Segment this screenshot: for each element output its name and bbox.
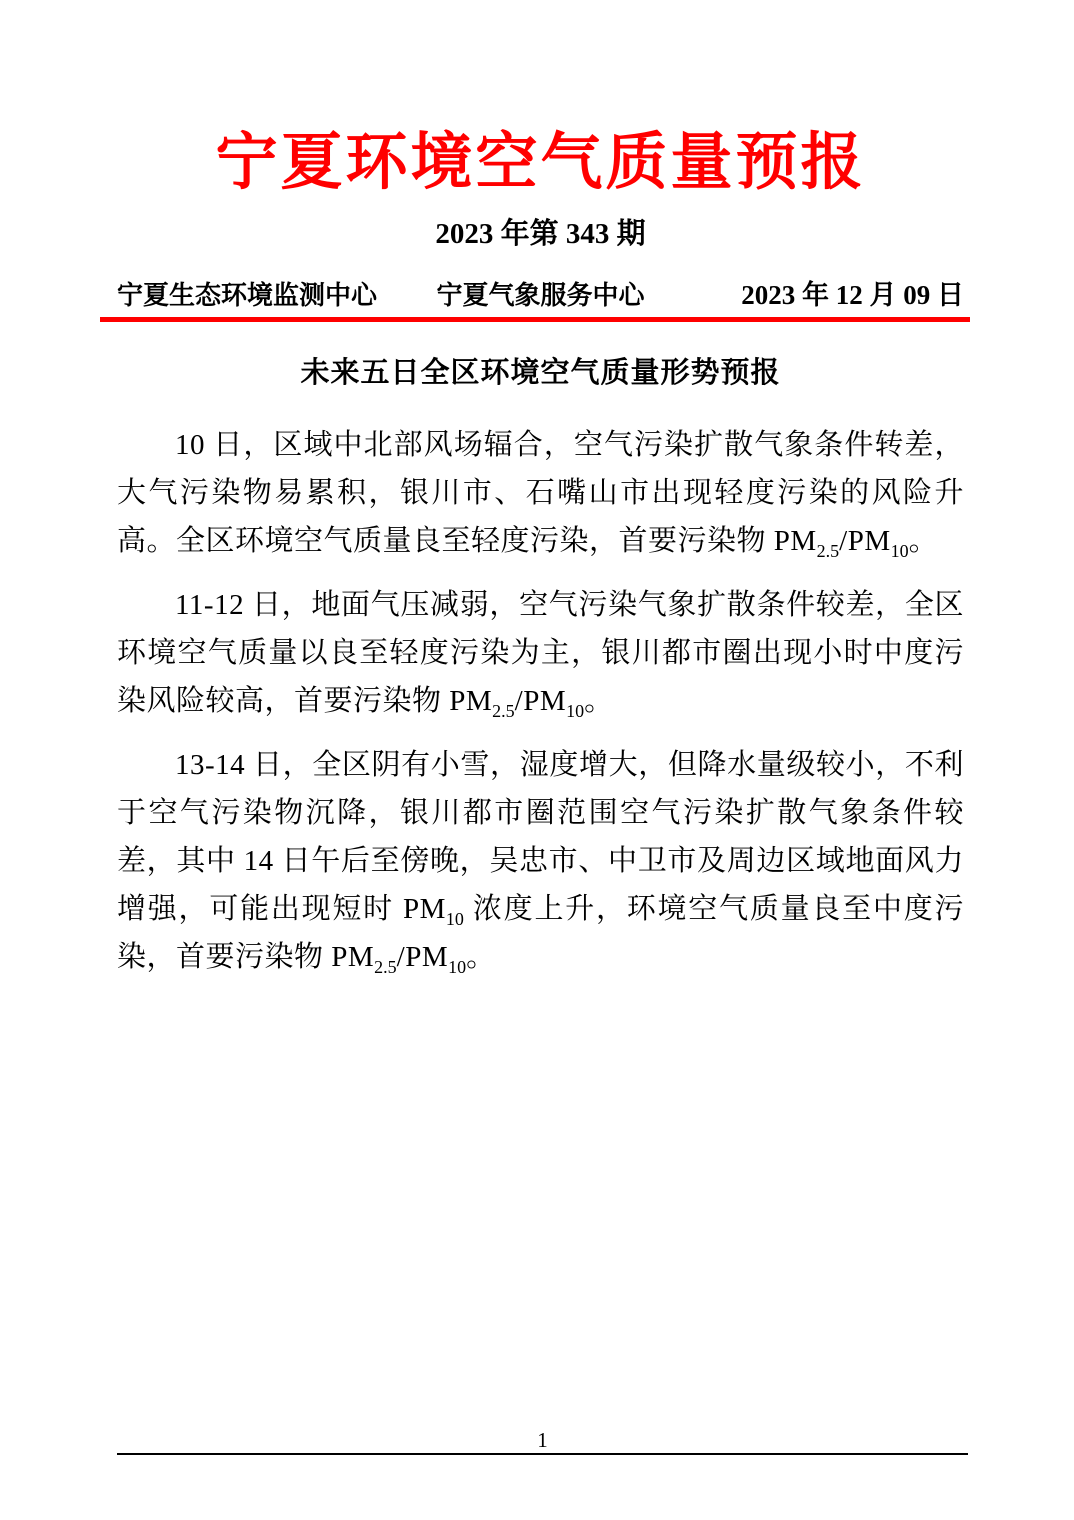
paragraph: 13-14 日，全区阴有小雪，湿度增大，但降水量级较小，不利于空气污染物沉降，银… (117, 741, 964, 981)
document-page: 宁夏环境空气质量预报 2023 年第 343 期 宁夏生态环境监测中心 宁夏气象… (0, 0, 1074, 1520)
document-content: 宁夏环境空气质量预报 2023 年第 343 期 宁夏生态环境监测中心 宁夏气象… (117, 0, 964, 997)
page-number: 1 (117, 1428, 968, 1452)
masthead: 宁夏生态环境监测中心 宁夏气象服务中心 2023 年 12 月 09 日 (117, 278, 964, 312)
subscript: 2.5 (817, 541, 839, 561)
paragraph: 10 日，区域中北部风场辐合，空气污染扩散气象条件转差，大气污染物易累积，银川市… (117, 421, 964, 565)
subscript: 10 (891, 541, 909, 561)
footer-rule (117, 1453, 968, 1455)
subscript: 2.5 (374, 957, 396, 977)
red-divider-rule (100, 317, 970, 322)
issuing-org-center: 宁夏气象服务中心 (399, 278, 681, 312)
subscript: 10 (448, 957, 466, 977)
section-heading: 未来五日全区环境空气质量形势预报 (117, 353, 964, 393)
document-title: 宁夏环境空气质量预报 (117, 128, 964, 198)
paragraph: 11-12 日，地面气压减弱，空气污染气象扩散条件较差，全区环境空气质量以良至轻… (117, 581, 964, 725)
body-paragraphs: 10 日，区域中北部风场辐合，空气污染扩散气象条件转差，大气污染物易累积，银川市… (117, 421, 964, 981)
issue-number: 2023 年第 343 期 (117, 216, 964, 252)
subscript: 2.5 (492, 701, 514, 721)
issuing-org-left: 宁夏生态环境监测中心 (117, 278, 399, 312)
page-footer: 1 (117, 1428, 968, 1455)
subscript: 10 (446, 909, 464, 929)
subscript: 10 (566, 701, 584, 721)
issue-date: 2023 年 12 月 09 日 (682, 278, 964, 312)
